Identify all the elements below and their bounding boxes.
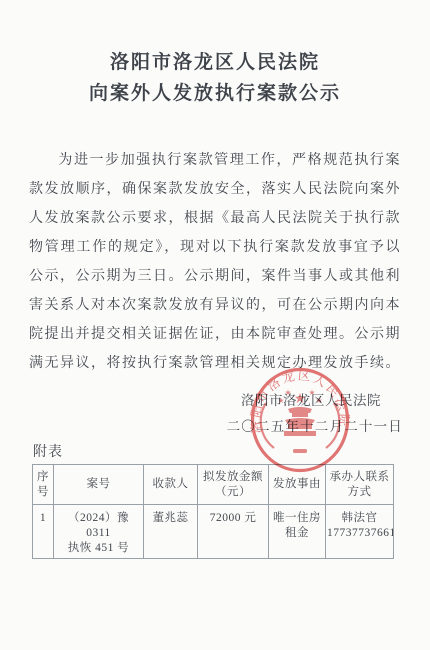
signature-court-name: 洛阳市洛龙区人民法院 [241, 389, 381, 409]
cell-amount: 72000 元 [198, 505, 269, 559]
cell-reason: 唯一住房 租金 [269, 505, 326, 559]
table-header-row: 序号 案号 收款人 拟发放金额（元） 发放事由 承办人联系方式 [33, 465, 394, 505]
cell-payee: 董兆蕊 [144, 505, 198, 559]
signature-date: 二〇二五年十二月二十一日 [227, 415, 403, 435]
col-header-index: 序号 [33, 465, 54, 505]
title-line-subject: 向案外人发放执行案款公示 [0, 78, 430, 109]
attachment-label: 附表 [33, 441, 63, 461]
col-header-contact: 承办人联系方式 [326, 465, 394, 505]
cell-contact: 韩法官 17737737661 [326, 505, 394, 559]
reason-line2: 租金 [270, 526, 324, 541]
col-header-amount: 拟发放金额（元） [198, 465, 269, 505]
cell-case-number: （2024）豫 0311 执恢 451 号 [54, 505, 144, 559]
col-header-reason: 发放事由 [269, 465, 326, 505]
court-announcement-document: 洛阳市洛龙区人民法院 向案外人发放执行案款公示 为进一步加强执行案款管理工作，严… [0, 0, 430, 650]
contact-name: 韩法官 [327, 511, 392, 526]
document-title: 洛阳市洛龙区人民法院 向案外人发放执行案款公示 [0, 47, 430, 109]
col-header-payee: 收款人 [144, 465, 198, 505]
table-row: 1 （2024）豫 0311 执恢 451 号 董兆蕊 72000 元 唯一住房… [33, 505, 394, 559]
case-number-line2: 执恢 451 号 [55, 541, 142, 556]
contact-phone: 17737737661 [327, 526, 392, 541]
title-line-court: 洛阳市洛龙区人民法院 [0, 47, 430, 78]
col-header-case-no: 案号 [54, 465, 144, 505]
announcement-body: 为进一步加强执行案款管理工作，严格规范执行案款发放顺序，确保案款发放安全，落实人… [29, 146, 401, 378]
case-number-line1: （2024）豫 0311 [55, 511, 142, 541]
reason-line1: 唯一住房 [270, 511, 324, 526]
attachment-table: 序号 案号 收款人 拟发放金额（元） 发放事由 承办人联系方式 1 （2024）… [32, 464, 394, 559]
cell-index: 1 [33, 505, 54, 559]
